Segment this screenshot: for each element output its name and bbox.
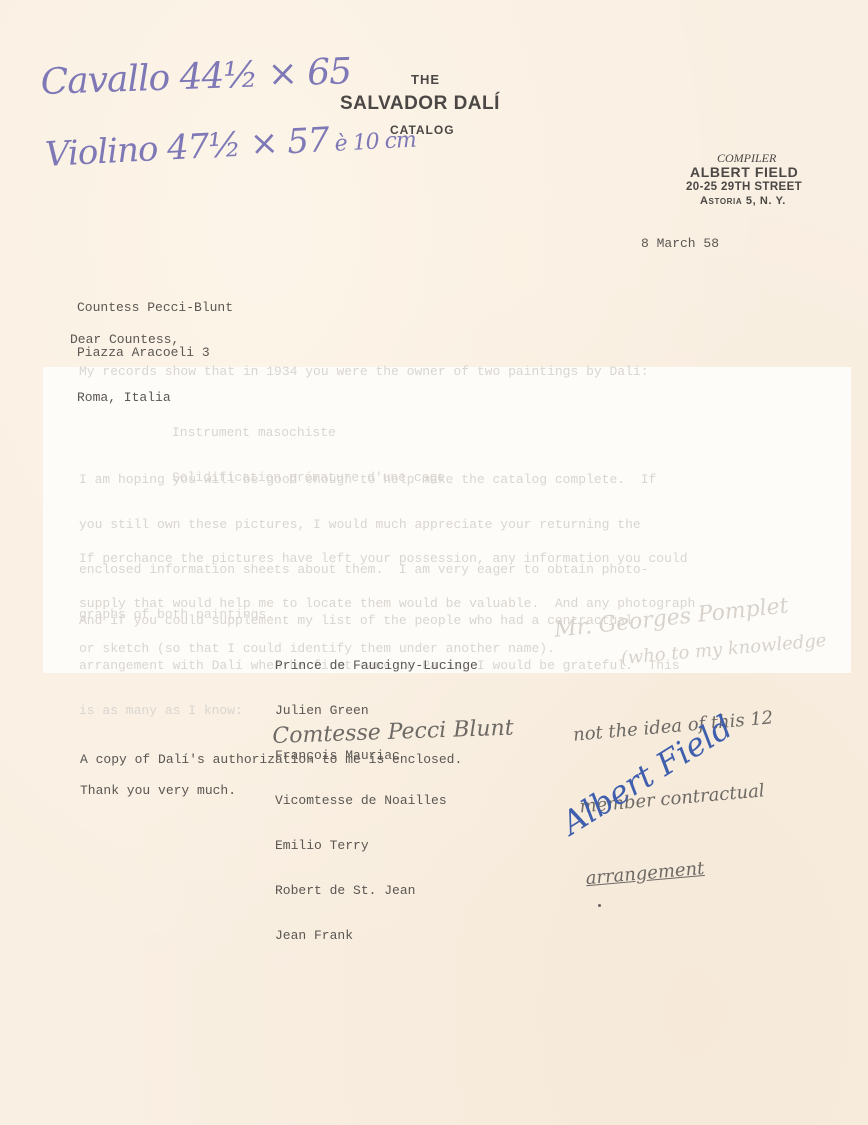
person: Vicomtesse de Noailles — [275, 793, 478, 808]
contract-people-list: Prince de Faucigny-Lucinge Julien Green … — [275, 628, 478, 958]
recipient-line: Piazza Aracoeli 3 — [77, 345, 233, 360]
enclosure-note: A copy of Dalí's authorization to me is … — [80, 752, 462, 767]
letterhead-the: THE — [411, 72, 440, 87]
closing-line: Thank you very much. — [80, 783, 236, 798]
paragraph-line: I am hoping you will be good enough to h… — [79, 472, 656, 487]
violino-suffix: è 10 cm — [328, 128, 416, 158]
salutation: Dear Countess, — [70, 332, 179, 347]
letter-date: 8 March 58 — [641, 236, 719, 251]
letterhead-title: SALVADOR DALÍ — [340, 93, 500, 115]
paragraph-1: My records show that in 1934 you were th… — [79, 364, 649, 379]
person-faded: Prince de Faucigny-Lucinge — [275, 658, 478, 673]
paragraph-line: If perchance the pictures have left your… — [79, 551, 695, 566]
compiler-street: 20-25 29TH STREET — [686, 181, 802, 193]
person: Emilio Terry — [275, 838, 478, 853]
compiler-city: Astoria 5, N. Y. — [700, 195, 786, 207]
person: Robert de St. Jean — [275, 883, 478, 898]
person-faded: Julien Green — [275, 703, 478, 718]
painting-title: Instrument masochiste — [172, 425, 445, 440]
margin-note-line: arrangement — [585, 850, 787, 891]
ink-speck — [598, 904, 601, 907]
compiler-name: ALBERT FIELD — [690, 164, 798, 180]
person: Jean Frank — [275, 928, 478, 943]
recipient-line: Countess Pecci-Blunt — [77, 300, 233, 315]
